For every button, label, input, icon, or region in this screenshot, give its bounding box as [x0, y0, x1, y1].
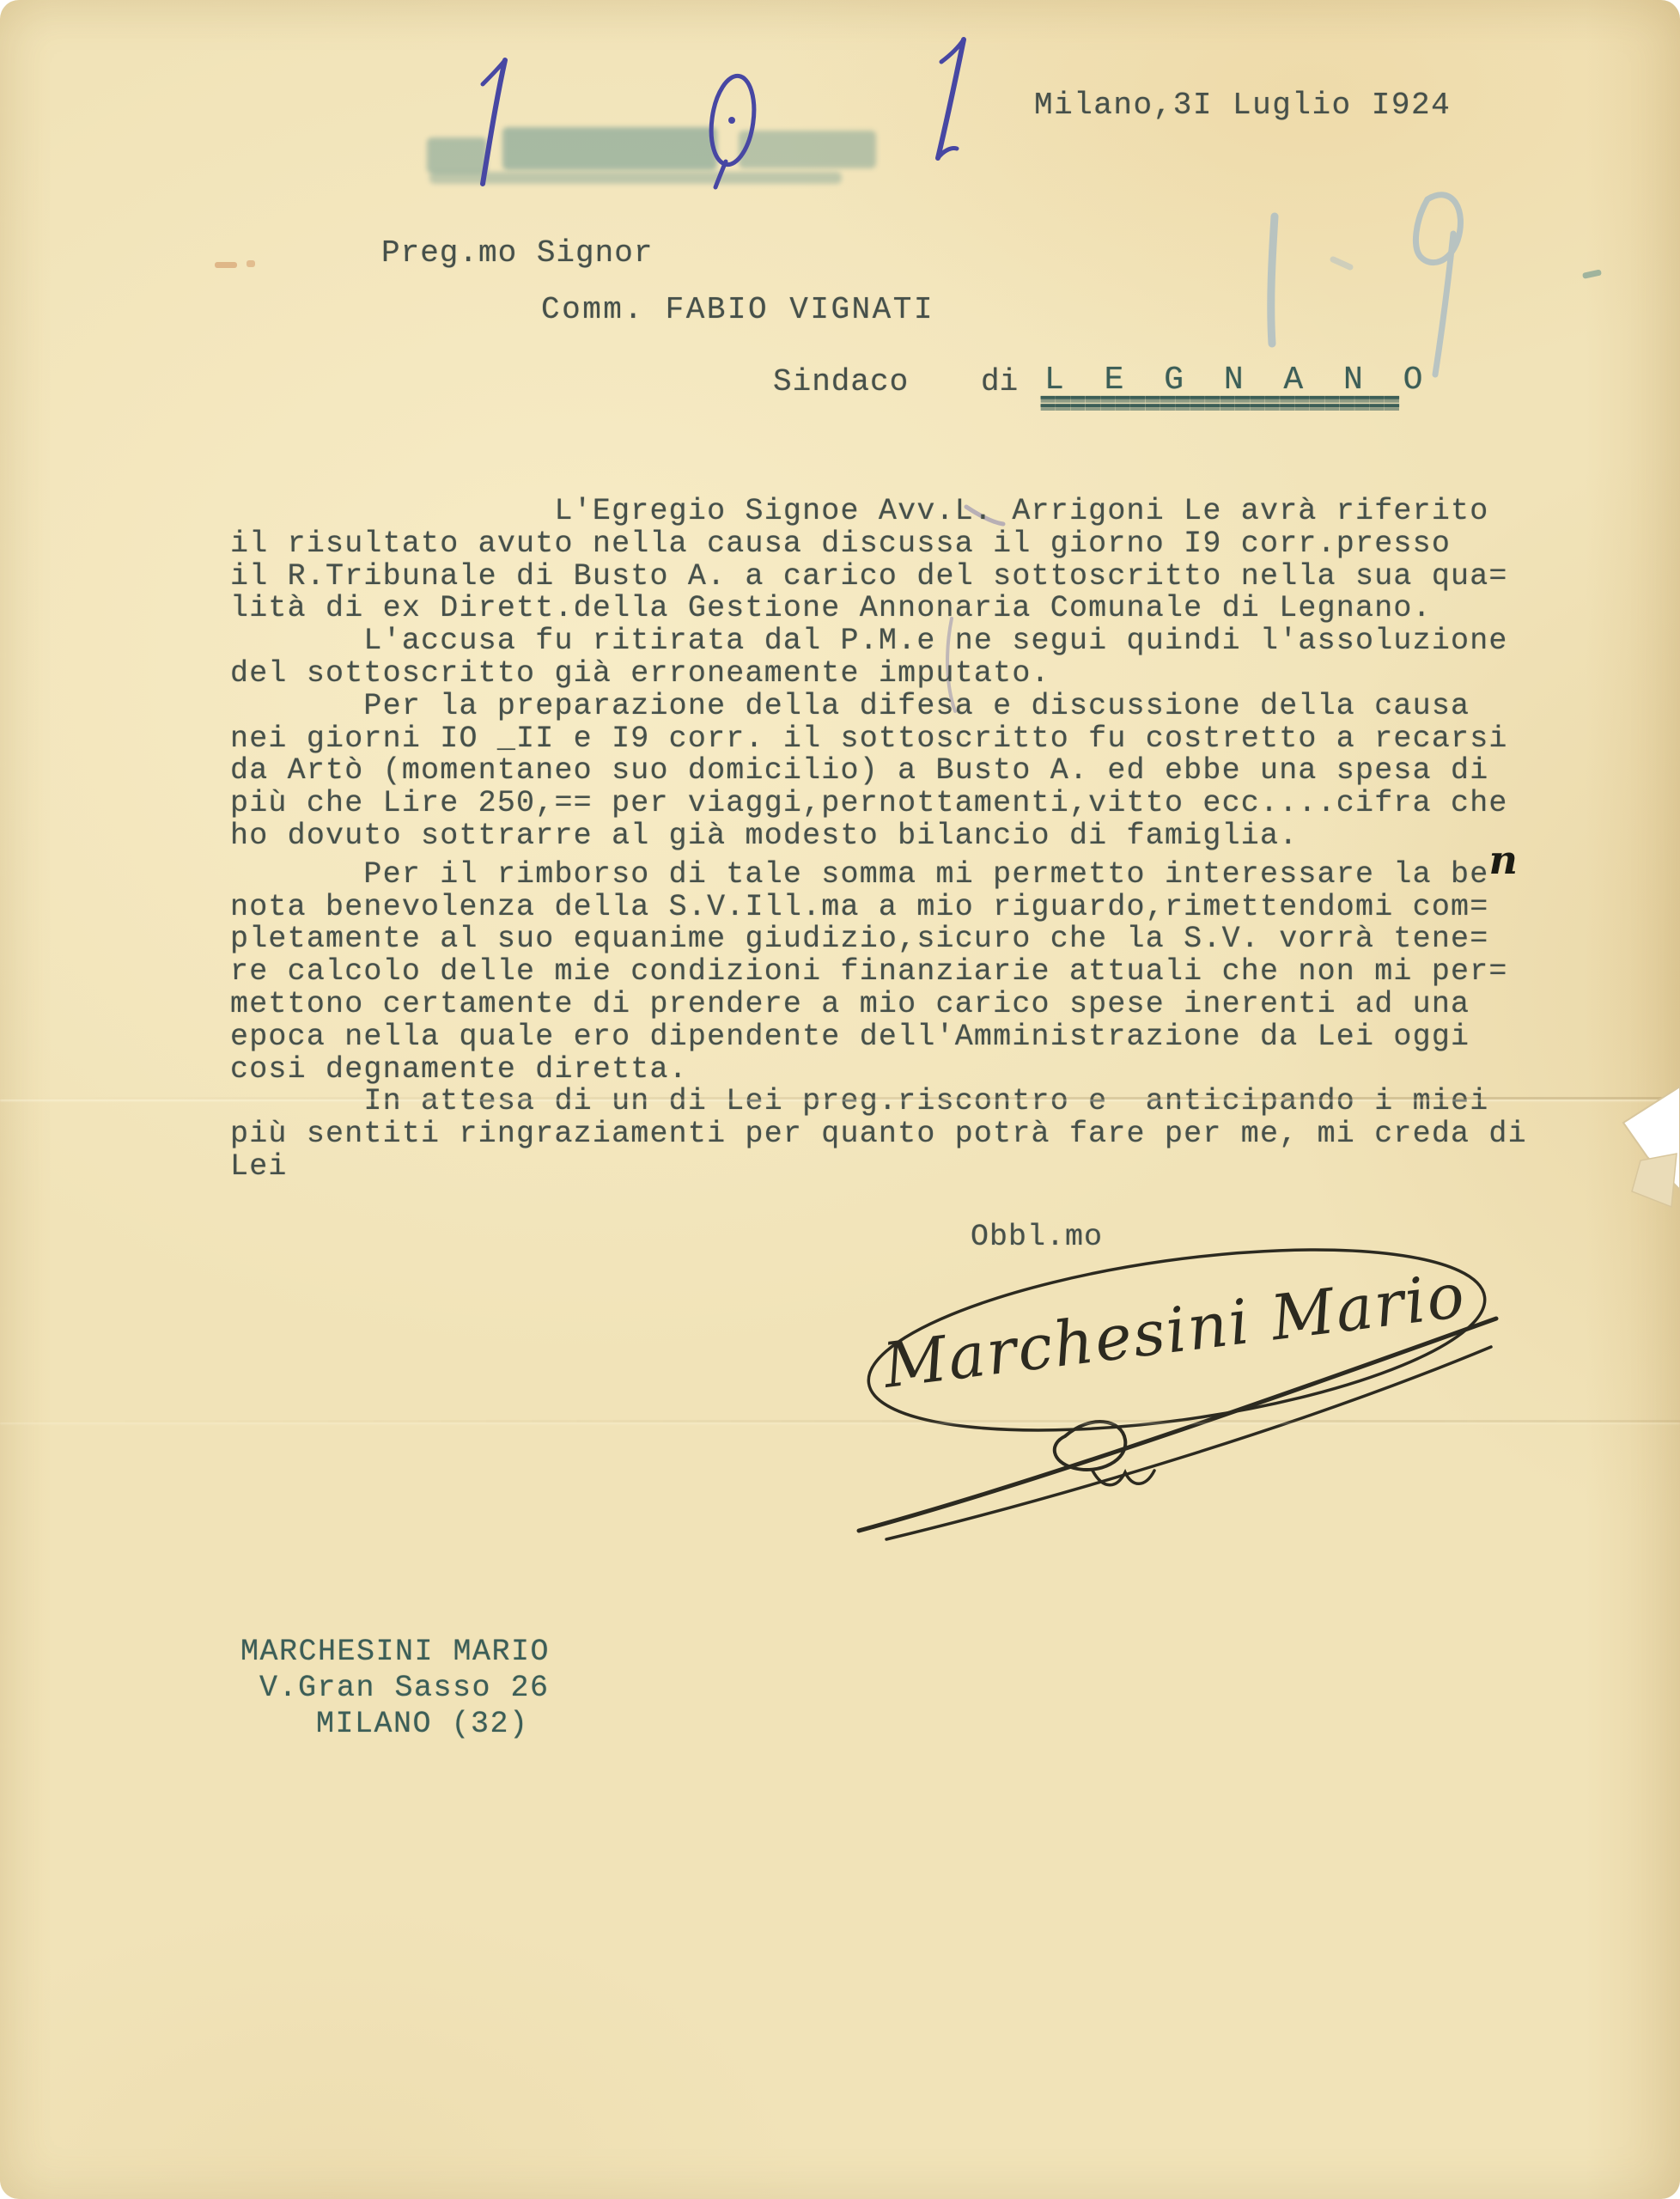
body-line: Per il rimborso di tale somma mi permett… [230, 853, 1553, 892]
sender-city: MILANO (32) [240, 1706, 550, 1742]
blue-stroke-icon [715, 161, 726, 187]
body-line: cosi degnamente diretta. [230, 1054, 1553, 1087]
scanned-letter-page: Milano,3I Luglio I924 Preg.mo Signor Com… [0, 0, 1680, 2199]
body-line: pletamente al suo equanime giudizio,sicu… [230, 923, 1553, 956]
body-line: più sentiti ringraziamenti per quanto po… [230, 1118, 1553, 1151]
pencil-dash-icon [1333, 259, 1350, 267]
body-line: da Artò (momentaneo suo domicilio) a Bus… [230, 755, 1553, 788]
body-line: epoca nella quale ero dipendente dell'Am… [230, 1021, 1553, 1054]
body-line: Lei [230, 1151, 1553, 1184]
body-line: re calcolo delle mie condizioni finanzia… [230, 956, 1553, 989]
body-line: L'Egregio Signoe Avv.L. Arrigoni Le avrà… [230, 496, 1553, 528]
orange-dash-icon [215, 262, 237, 268]
fold-crease [0, 1420, 1680, 1422]
body-line: nei giorni IO _II e I9 corr. il sottoscr… [230, 723, 1553, 756]
body-line: mettono certamente di prendere a mio car… [230, 989, 1553, 1021]
signature: Marchesini Mario [807, 1228, 1520, 1563]
orange-dash-icon [247, 260, 255, 267]
body-line: più che Lire 250,== per viaggi,pernottam… [230, 788, 1553, 820]
body-line: Per la preparazione della difesa e discu… [230, 691, 1553, 723]
body-line: In attesa di un di Lei preg.riscontro e … [230, 1086, 1553, 1118]
city-underline: ======================== [1039, 388, 1398, 421]
body-line: lità di ex Dirett.della Gestione Annonar… [230, 593, 1553, 625]
recipient-salutation: Preg.mo Signor [381, 235, 653, 271]
green-dash-icon [1582, 269, 1602, 278]
body-line: il risultato avuto nella causa discussa … [230, 528, 1553, 561]
letter-body: L'Egregio Signoe Avv.L. Arrigoni Le avrà… [230, 496, 1553, 1184]
body-line: del sottoscritto già erroneamente imputa… [230, 658, 1553, 691]
sender-street: V.Gran Sasso 26 [240, 1670, 550, 1706]
signature-name: Marchesini Mario [878, 1258, 1470, 1402]
sender-block: MARCHESINI MARIO V.Gran Sasso 26 MILANO … [240, 1634, 550, 1742]
tear-flap-icon [1632, 1154, 1677, 1207]
pencil-stroke-icon [1271, 216, 1275, 344]
blue-stroke-icon [938, 40, 964, 158]
edge-tear [1598, 1078, 1680, 1233]
body-line: il R.Tribunale di Busto A. a carico del … [230, 561, 1553, 594]
sender-name: MARCHESINI MARIO [240, 1634, 550, 1670]
body-line: L'accusa fu ritirata dal P.M.e ne segui … [230, 625, 1553, 658]
recipient-office-di: di [981, 364, 1018, 399]
body-line: nota benevolenza della S.V.Ill.ma a mio … [230, 892, 1553, 924]
body-line: ho dovuto sottrarre al già modesto bilan… [230, 820, 1553, 853]
recipient-name: Comm. FABIO VIGNATI [541, 292, 934, 327]
pencil-stroke-icon [1435, 234, 1453, 375]
recipient-office: Sindaco [773, 364, 909, 399]
fold-crease [0, 1097, 1680, 1099]
signature-squiggle-icon [1093, 1471, 1154, 1485]
handwritten-n: n [1488, 837, 1517, 883]
date-line: Milano,3I Luglio I924 [1034, 88, 1451, 123]
blue-dot-icon [728, 117, 735, 124]
